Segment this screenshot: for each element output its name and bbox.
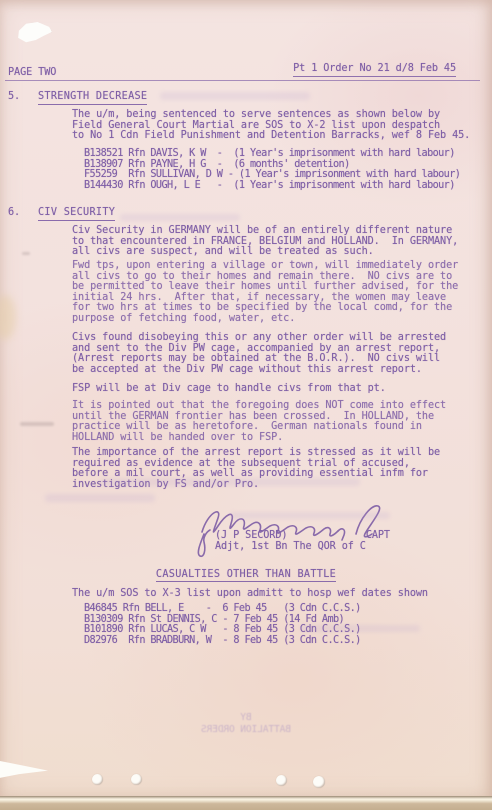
bleedthrough-text: BYBATTALION ORDERS (0, 712, 492, 736)
header-rule (5, 80, 480, 81)
punch-hole (276, 775, 287, 786)
paper-tear (16, 22, 52, 44)
bleedthrough-smudge (45, 494, 155, 502)
bleedthrough-smudge (300, 625, 420, 632)
bleedthrough-smudge (160, 92, 310, 100)
sentence-roster-list: B138521 Rfn DAVIS, K W - (1 Year's impri… (84, 149, 460, 191)
bleedthrough-smudge (120, 214, 240, 221)
paragraph: Civs found disobeying this or any other … (72, 333, 446, 375)
paragraph: FSP will be at Div cage to handle civs f… (72, 384, 386, 395)
pencil-mark (22, 252, 30, 255)
section-6-title: CIV SECURITY (38, 208, 115, 221)
section-5-number: 5. (8, 92, 20, 103)
punch-hole (313, 776, 325, 788)
signature-name-line: (J P SECORD) CAPT (215, 531, 390, 542)
punch-hole (92, 774, 103, 785)
paragraph: It is pointed out that the foregoing doe… (72, 401, 446, 443)
section-6-number: 6. (8, 208, 20, 219)
casualties-section-title: CASUALTIES OTHER THAN BATTLE (0, 570, 492, 581)
order-reference-label: Pt 1 Order No 21 d/8 Feb 45 (293, 64, 456, 77)
signature-unit-line: Adjt, 1st Bn The QOR of C (215, 542, 366, 553)
document-page: PAGE TWO Pt 1 Order No 21 d/8 Feb 45 5. … (0, 0, 492, 799)
section-5-title: STRENGTH DECREASE (38, 92, 147, 105)
paragraph: The u/m SOS to X-3 list upon admitt to h… (72, 589, 428, 600)
punch-hole (131, 774, 142, 785)
paragraph: Fwd tps, upon entering a village or town… (72, 261, 458, 325)
paragraph: Civ Security in GERMANY will be of an en… (72, 226, 458, 258)
scan-background-edge (0, 796, 492, 810)
bleedthrough-smudge (100, 478, 360, 486)
paper-tear (0, 757, 48, 779)
paragraph: The u/m, being sentenced to serve senten… (72, 110, 470, 142)
paper-stain (0, 295, 16, 340)
pencil-mark (20, 422, 54, 426)
bleedthrough-smudge (230, 512, 390, 519)
page-number-label: PAGE TWO (8, 68, 56, 79)
